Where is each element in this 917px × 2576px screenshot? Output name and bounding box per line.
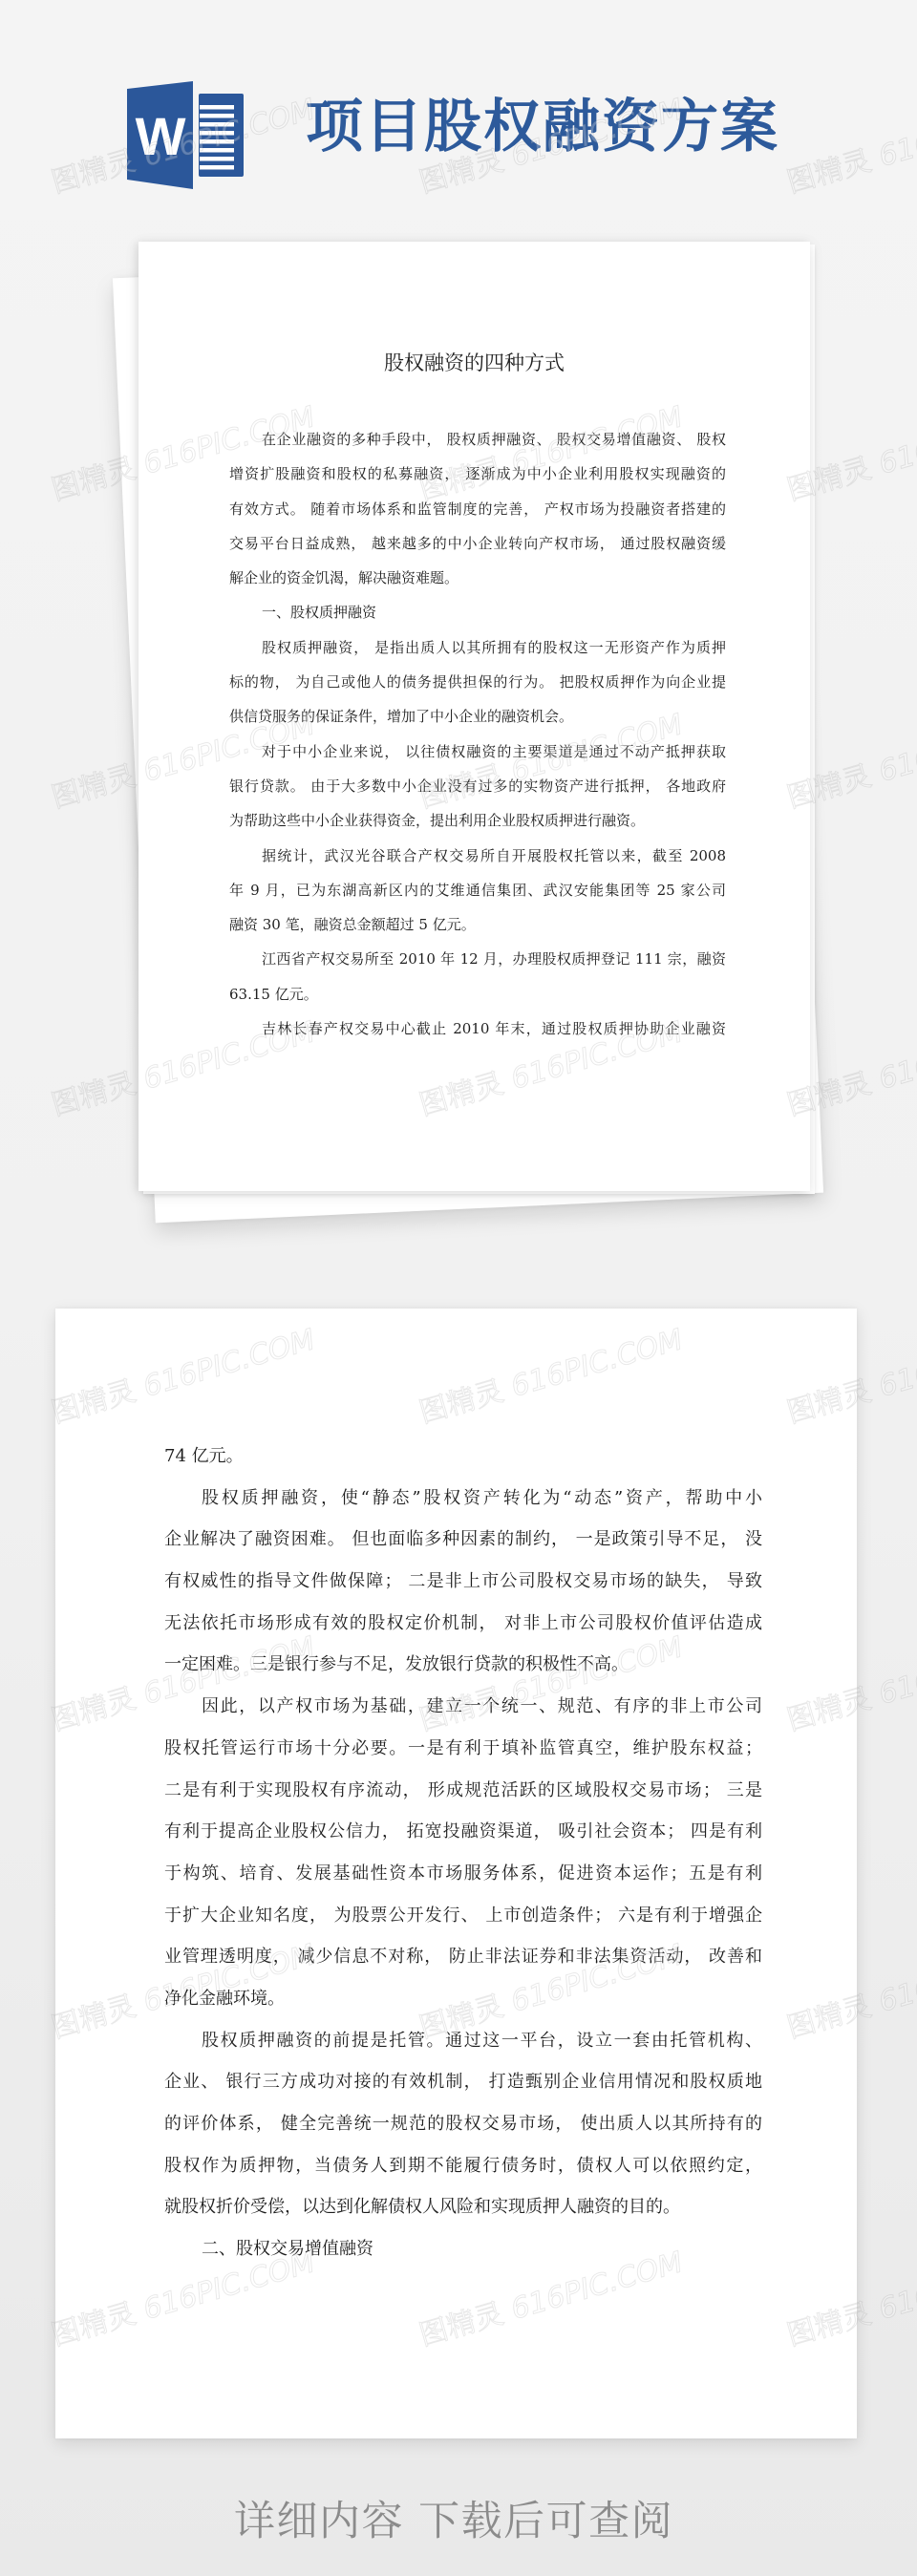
svg-text:W: W (136, 106, 186, 166)
text-line: 二是有利于实现股权有序流动， 形成规范活跃的区域股权交易市场； 三是 (164, 1770, 762, 1812)
text-line: 因此，以产权市场为基础，建立一个统一、规范、有序的非上市公司 (164, 1686, 762, 1728)
text-line: 解企业的资金饥渴，解决融资难题。 (229, 561, 726, 595)
text-line: 企业解决了融资困难。 但也面临多种因素的制约， 一是政策引导不足， 没 (164, 1519, 762, 1561)
text-line: 有利于提高企业股权公信力， 拓宽投融资渠道， 吸引社会资本； 四是有利 (164, 1811, 762, 1853)
text-line: 有效方式。 随着市场体系和监管制度的完善， 产权市场为投融资者搭建的 (229, 492, 726, 526)
text-line: 对于中小企业来说， 以往债权融资的主要渠道是通过不动产抵押获取 (229, 734, 726, 769)
document-title-banner: 项目股权融资方案 (306, 94, 779, 160)
text-line: 股权质押融资的前提是托管。通过这一平台，设立一套由托管机构、 (164, 2020, 762, 2062)
section-heading: 二、股权交易增值融资 (164, 2228, 762, 2270)
page-heading: 股权融资的四种方式 (139, 349, 810, 377)
text-line: 于构筑、培育、发展基础性资本市场服务体系，促进资本运作；五是有利 (164, 1853, 762, 1895)
text-line: 股权托管运行市场十分必要。一是有利于填补监管真空，维护股东权益； (164, 1728, 762, 1770)
text-line: 为帮助这些中小企业获得资金，提出利用企业股权质押进行融资。 (229, 803, 726, 838)
text-line: 供信贷服务的保证条件，增加了中小企业的融资机会。 (229, 699, 726, 734)
document-page-1: 股权融资的四种方式 在企业融资的多种手段中， 股权质押融资、 股权交易增值融资、… (139, 242, 810, 1191)
text-line: 股权质押融资，使“静态”股权资产转化为“动态”资产，帮助中小 (164, 1478, 762, 1520)
text-line: 股权质押融资， 是指出质人以其所拥有的股权这一无形资产作为质押 (229, 630, 726, 665)
text-line: 增资扩股融资和股权的私募融资， 逐渐成为中小企业利用股权实现融资的 (229, 457, 726, 491)
text-line: 融资 30 笔，融资总金额超过 5 亿元。 (229, 907, 726, 942)
text-line: 业管理透明度， 减少信息不对称， 防止非法证券和非法集资活动， 改善和 (164, 1936, 762, 1978)
text-line: 吉林长春产权交易中心截止 2010 年末，通过股权质押协助企业融资 (229, 1011, 726, 1046)
text-line: 江西省产权交易所至 2010 年 12 月，办理股权质押登记 111 宗，融资 (229, 942, 726, 976)
text-line: 股权作为质押物，当债务人到期不能履行债务时，债权人可以依照约定， (164, 2145, 762, 2187)
text-line: 一定困难。三是银行参与不足，发放银行贷款的积极性不高。 (164, 1644, 762, 1686)
text-line: 年 9 月，已为东湖高新区内的艾维通信集团、武汉安能集团等 25 家公司 (229, 873, 726, 907)
watermark: 图精灵616PIC.COM (784, 96, 917, 198)
text-line: 无法依托市场形成有效的股权定价机制， 对非上市公司股权价值评估造成 (164, 1603, 762, 1645)
text-line: 有权威性的指导文件做保障； 二是非上市公司股权交易市场的缺失， 导致 (164, 1561, 762, 1603)
text-line: 于扩大企业知名度， 为股票公开发行、 上市创造条件； 六是有利于增强企 (164, 1895, 762, 1937)
text-line: 标的物， 为自己或他人的债务提供担保的行为。 把股权质押作为向企业提 (229, 665, 726, 699)
section-heading: 一、股权质押融资 (229, 595, 726, 629)
document-page-2: 74 亿元。 股权质押融资，使“静态”股权资产转化为“动态”资产，帮助中小 企业… (55, 1309, 857, 2438)
page-1-body: 在企业融资的多种手段中， 股权质押融资、 股权交易增值融资、 股权 增资扩股融资… (229, 422, 726, 1046)
text-line: 就股权折价受偿，以达到化解债权人风险和实现质押人融资的目的。 (164, 2186, 762, 2228)
text-line: 交易平台日益成熟， 越来越多的中小企业转向产权市场， 通过股权融资缓 (229, 526, 726, 561)
text-line: 的评价体系， 健全完善统一规范的股权交易市场， 使出质人以其所持有的 (164, 2103, 762, 2145)
download-hint-text: 详细内容 下载后可查阅 (234, 2497, 673, 2546)
text-line: 据统计，武汉光谷联合产权交易所自开展股权托管以来，截至 2008 (229, 839, 726, 873)
text-line: 74 亿元。 (164, 1436, 762, 1478)
word-document-icon: W (127, 81, 244, 189)
page-2-body: 74 亿元。 股权质押融资，使“静态”股权资产转化为“动态”资产，帮助中小 企业… (164, 1436, 762, 2270)
text-line: 银行贷款。 由于大多数中小企业没有过多的实物资产进行抵押， 各地政府 (229, 769, 726, 803)
text-line: 净化金融环境。 (164, 1978, 762, 2020)
text-line: 企业、 银行三方成功对接的有效机制， 打造甄别企业信用情况和股权质地 (164, 2061, 762, 2103)
text-line: 63.15 亿元。 (229, 977, 726, 1011)
text-line: 在企业融资的多种手段中， 股权质押融资、 股权交易增值融资、 股权 (229, 422, 726, 457)
